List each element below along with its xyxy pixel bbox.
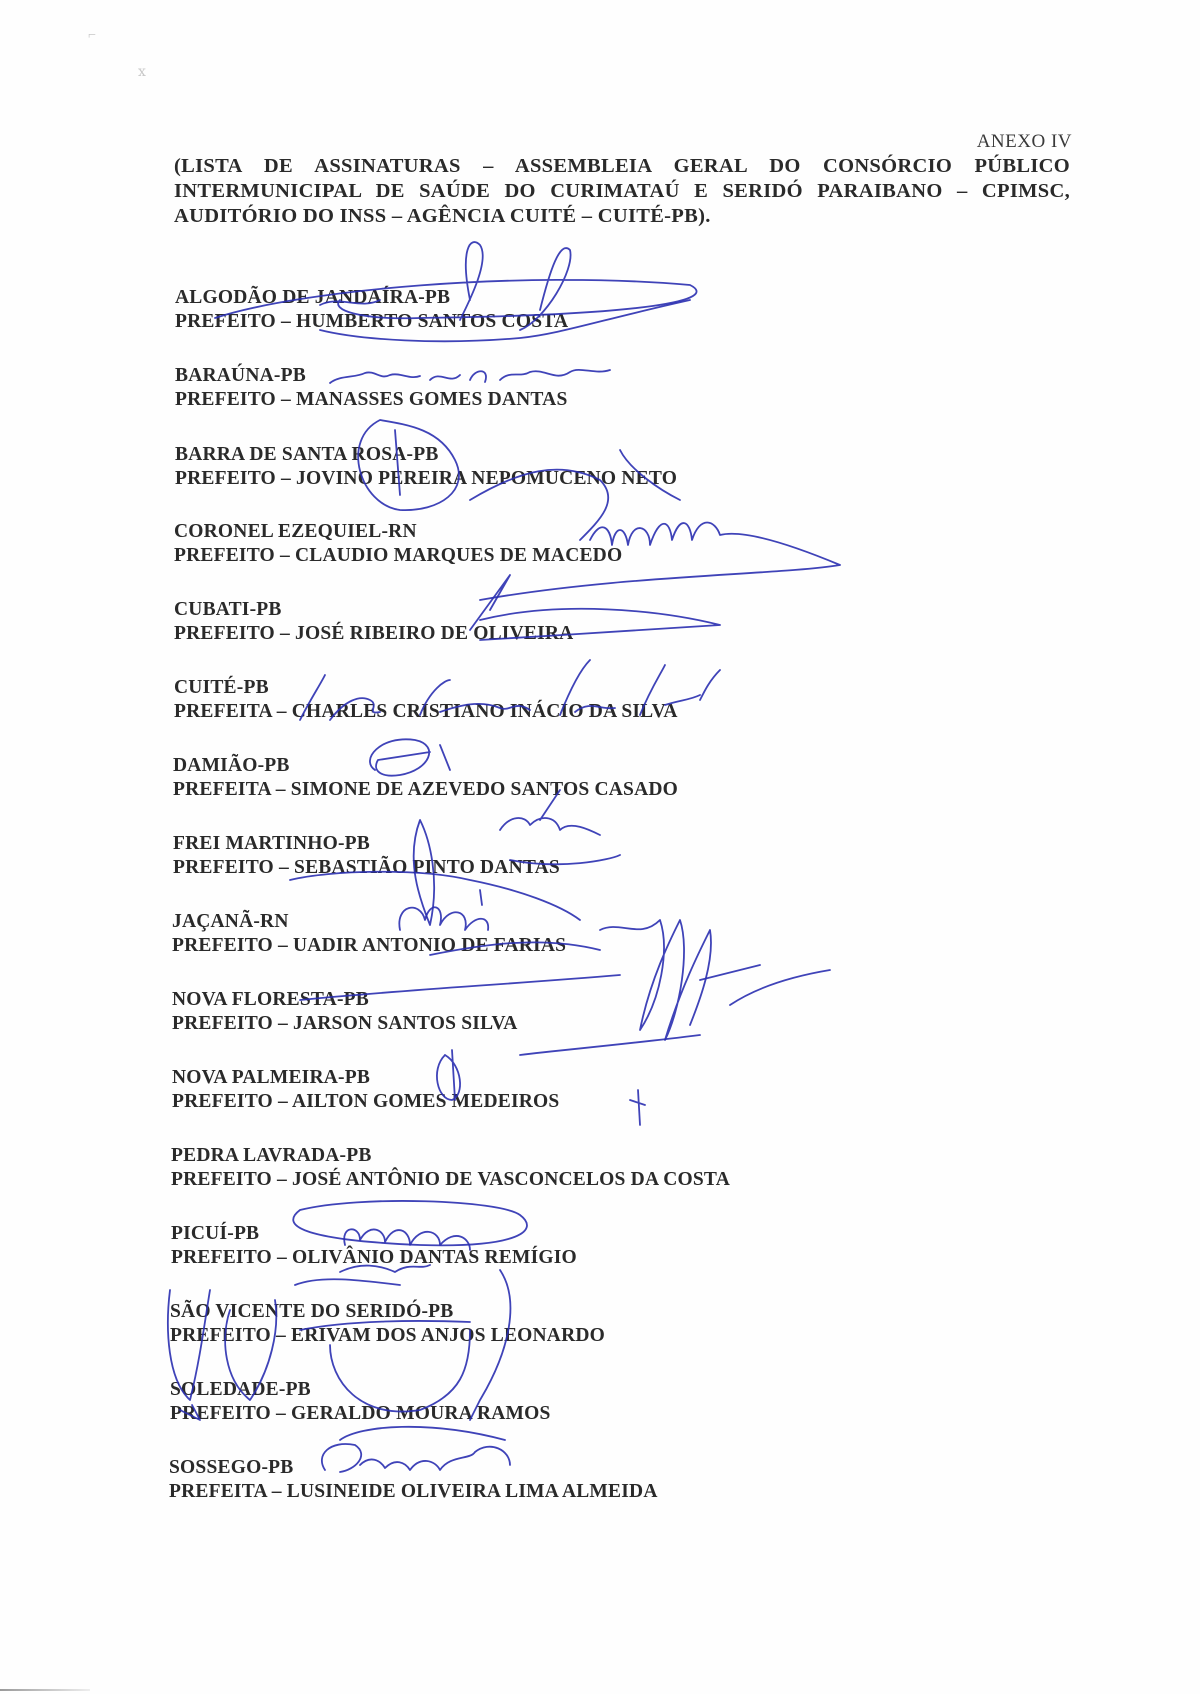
signatory-entry: SOSSEGO-PB PREFEITA – LUSINEIDE OLIVEIRA… <box>169 1456 658 1504</box>
mayor-name: PREFEITO – GERALDO MOURA RAMOS <box>170 1402 551 1426</box>
scan-edge-line <box>0 1689 90 1691</box>
mayor-name: PREFEITO – JOSÉ ANTÔNIO DE VASCONCELOS D… <box>171 1168 730 1192</box>
signatory-entry: SOLEDADE-PB PREFEITO – GERALDO MOURA RAM… <box>170 1378 551 1426</box>
municipality-name: CUBATI-PB <box>174 598 573 622</box>
signatory-entry: BARAÚNA-PB PREFEITO – MANASSES GOMES DAN… <box>175 364 568 412</box>
mayor-name: PREFEITO – UADIR ANTONIO DE FARIAS <box>172 934 566 958</box>
municipality-name: PICUÍ-PB <box>171 1222 577 1246</box>
signature-list: ALGODÃO DE JANDAÍRA-PB PREFEITO – HUMBER… <box>0 0 1200 1694</box>
mayor-name: PREFEITA – LUSINEIDE OLIVEIRA LIMA ALMEI… <box>169 1480 658 1504</box>
municipality-name: CUITÉ-PB <box>174 676 678 700</box>
mayor-name: PREFEITO – JOSÉ RIBEIRO DE OLIVEIRA <box>174 622 573 646</box>
municipality-name: DAMIÃO-PB <box>173 754 678 778</box>
signatory-entry: CUITÉ-PB PREFEITA – CHARLES CRISTIANO IN… <box>174 676 678 724</box>
mayor-name: PREFEITA – SIMONE DE AZEVEDO SANTOS CASA… <box>173 778 678 802</box>
municipality-name: CORONEL EZEQUIEL-RN <box>174 520 622 544</box>
municipality-name: SOSSEGO-PB <box>169 1456 658 1480</box>
mayor-name: PREFEITA – CHARLES CRISTIANO INÁCIO DA S… <box>174 700 678 724</box>
municipality-name: PEDRA LAVRADA-PB <box>171 1144 730 1168</box>
municipality-name: SÃO VICENTE DO SERIDÓ-PB <box>170 1300 605 1324</box>
mayor-name: PREFEITO – OLIVÂNIO DANTAS REMÍGIO <box>171 1246 577 1270</box>
mayor-name: PREFEITO – CLAUDIO MARQUES DE MACEDO <box>174 544 622 568</box>
signatory-entry: PICUÍ-PB PREFEITO – OLIVÂNIO DANTAS REMÍ… <box>171 1222 577 1270</box>
signatory-entry: ALGODÃO DE JANDAÍRA-PB PREFEITO – HUMBER… <box>175 286 568 334</box>
signatory-entry: DAMIÃO-PB PREFEITA – SIMONE DE AZEVEDO S… <box>173 754 678 802</box>
municipality-name: BARRA DE SANTA ROSA-PB <box>175 443 677 467</box>
mayor-name: PREFEITO – JOVINO PEREIRA NEPOMUCENO NET… <box>175 467 677 491</box>
scanned-page: ⌐ ⅹ ANEXO IV (LISTA DE ASSINATURAS – ASS… <box>0 0 1200 1694</box>
municipality-name: BARAÚNA-PB <box>175 364 568 388</box>
signatory-entry: FREI MARTINHO-PB PREFEITO – SEBASTIÃO PI… <box>173 832 560 880</box>
mayor-name: PREFEITO – SEBASTIÃO PINTO DANTAS <box>173 856 560 880</box>
municipality-name: JAÇANÃ-RN <box>172 910 566 934</box>
municipality-name: SOLEDADE-PB <box>170 1378 551 1402</box>
mayor-name: PREFEITO – MANASSES GOMES DANTAS <box>175 388 568 412</box>
mayor-name: PREFEITO – JARSON SANTOS SILVA <box>172 1012 518 1036</box>
municipality-name: ALGODÃO DE JANDAÍRA-PB <box>175 286 568 310</box>
mayor-name: PREFEITO – HUMBERTO SANTOS COSTA <box>175 310 568 334</box>
signatory-entry: NOVA FLORESTA-PB PREFEITO – JARSON SANTO… <box>172 988 518 1036</box>
signatory-entry: CORONEL EZEQUIEL-RN PREFEITO – CLAUDIO M… <box>174 520 622 568</box>
mayor-name: PREFEITO – AILTON GOMES MEDEIROS <box>172 1090 559 1114</box>
signatory-entry: PEDRA LAVRADA-PB PREFEITO – JOSÉ ANTÔNIO… <box>171 1144 730 1192</box>
mayor-name: PREFEITO – ERIVAM DOS ANJOS LEONARDO <box>170 1324 605 1348</box>
signatory-entry: CUBATI-PB PREFEITO – JOSÉ RIBEIRO DE OLI… <box>174 598 573 646</box>
municipality-name: NOVA PALMEIRA-PB <box>172 1066 559 1090</box>
municipality-name: FREI MARTINHO-PB <box>173 832 560 856</box>
signatory-entry: JAÇANÃ-RN PREFEITO – UADIR ANTONIO DE FA… <box>172 910 566 958</box>
signatory-entry: SÃO VICENTE DO SERIDÓ-PB PREFEITO – ERIV… <box>170 1300 605 1348</box>
signatory-entry: NOVA PALMEIRA-PB PREFEITO – AILTON GOMES… <box>172 1066 559 1114</box>
municipality-name: NOVA FLORESTA-PB <box>172 988 518 1012</box>
signatory-entry: BARRA DE SANTA ROSA-PB PREFEITO – JOVINO… <box>175 443 677 491</box>
